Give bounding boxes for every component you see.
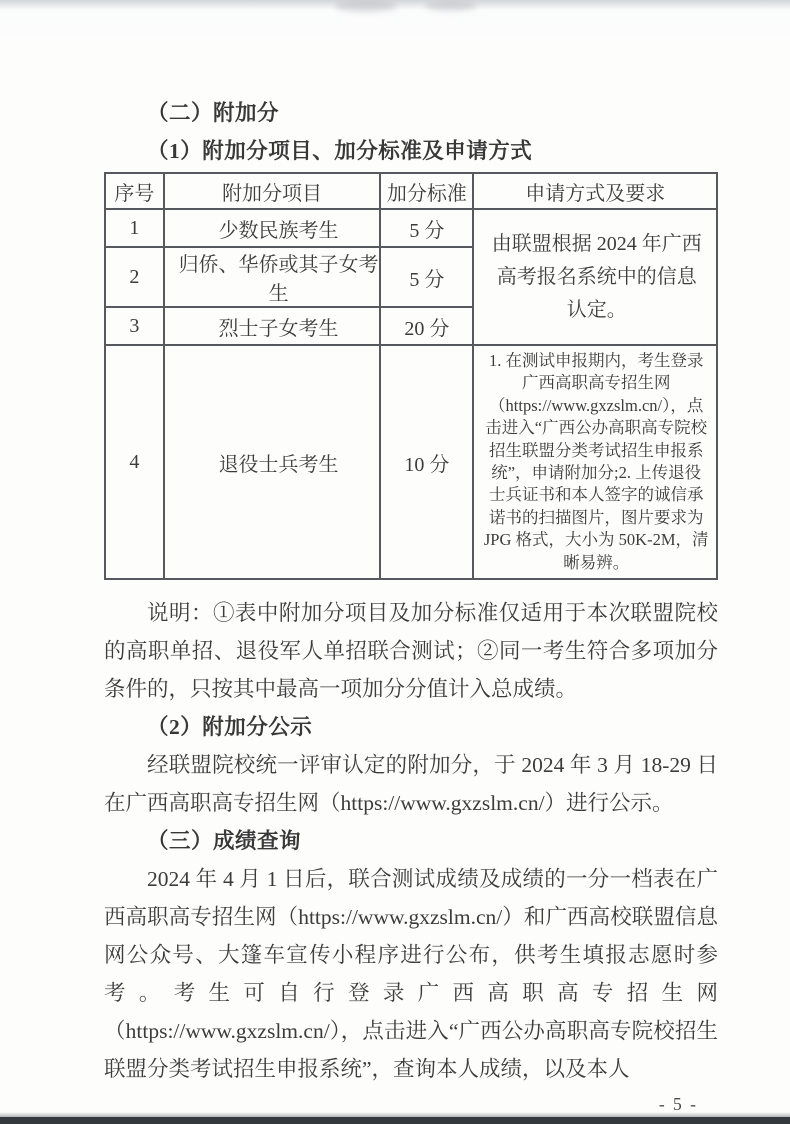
score-query-paragraph: 2024 年 4 月 1 日后，联合测试成绩及成绩的一分一档表在广西高职高专招生… bbox=[104, 860, 718, 1088]
publicity-paragraph: 经联盟院校统一评审认定的附加分，于 2024 年 3 月 18-29 日在广西高… bbox=[104, 746, 718, 822]
bonus-points-table: 序号 附加分项目 加分标准 申请方式及要求 1 少数民族考生 5 分 由联盟根据… bbox=[104, 172, 718, 580]
serial-cell: 1 bbox=[105, 209, 164, 247]
serial-cell: 3 bbox=[105, 307, 164, 345]
section-heading-bonus-points: （二）附加分 bbox=[104, 94, 718, 132]
table-row-veteran: 4 退役士兵考生 10 分 1. 在测试申报期内，考生登录广西高职高专招生网（h… bbox=[105, 345, 717, 579]
header-application-method: 申请方式及要求 bbox=[473, 173, 717, 209]
scan-smudge bbox=[335, 1, 397, 12]
bonus-standard-cell: 5 分 bbox=[380, 209, 473, 247]
bonus-item-cell: 烈士子女考生 bbox=[164, 307, 381, 345]
bonus-item-cell: 归侨、华侨或其子女考生 bbox=[164, 247, 381, 307]
header-bonus-item: 附加分项目 bbox=[164, 173, 381, 209]
subheading-bonus-publicity: （2）附加分公示 bbox=[104, 708, 718, 746]
document-page: （二）附加分 （1）附加分项目、加分标准及申请方式 序号 附加分项目 加分标准 … bbox=[0, 0, 790, 1124]
bonus-standard-cell: 10 分 bbox=[380, 345, 473, 579]
application-method-cell-rows-1-3: 由联盟根据 2024 年广西高考报名系统中的信息认定。 bbox=[473, 209, 717, 345]
serial-cell: 4 bbox=[105, 345, 164, 579]
bonus-standard-cell: 20 分 bbox=[380, 307, 473, 345]
page-content: （二）附加分 （1）附加分项目、加分标准及申请方式 序号 附加分项目 加分标准 … bbox=[104, 94, 718, 1115]
bonus-item-cell: 少数民族考生 bbox=[164, 209, 381, 247]
serial-cell: 2 bbox=[105, 247, 164, 307]
table-row-minority: 1 少数民族考生 5 分 由联盟根据 2024 年广西高考报名系统中的信息认定。 bbox=[105, 209, 717, 247]
scan-smudge bbox=[425, 2, 477, 11]
note-paragraph: 说明：①表中附加分项目及加分标准仅适用于本次联盟院校的高职单招、退役军人单招联合… bbox=[104, 594, 718, 708]
scan-artifact-bottom-edge bbox=[0, 1117, 790, 1124]
subheading-bonus-items-standards: （1）附加分项目、加分标准及申请方式 bbox=[104, 132, 718, 170]
header-serial-number: 序号 bbox=[105, 173, 164, 209]
application-method-cell-row-4: 1. 在测试申报期内，考生登录广西高职高专招生网（https://www.gxz… bbox=[473, 345, 717, 579]
table-header-row: 序号 附加分项目 加分标准 申请方式及要求 bbox=[105, 173, 717, 209]
header-bonus-standard: 加分标准 bbox=[380, 173, 473, 209]
bonus-standard-cell: 5 分 bbox=[380, 247, 473, 307]
section-heading-score-query: （三）成绩查询 bbox=[104, 822, 718, 860]
bonus-item-cell: 退役士兵考生 bbox=[164, 345, 381, 579]
